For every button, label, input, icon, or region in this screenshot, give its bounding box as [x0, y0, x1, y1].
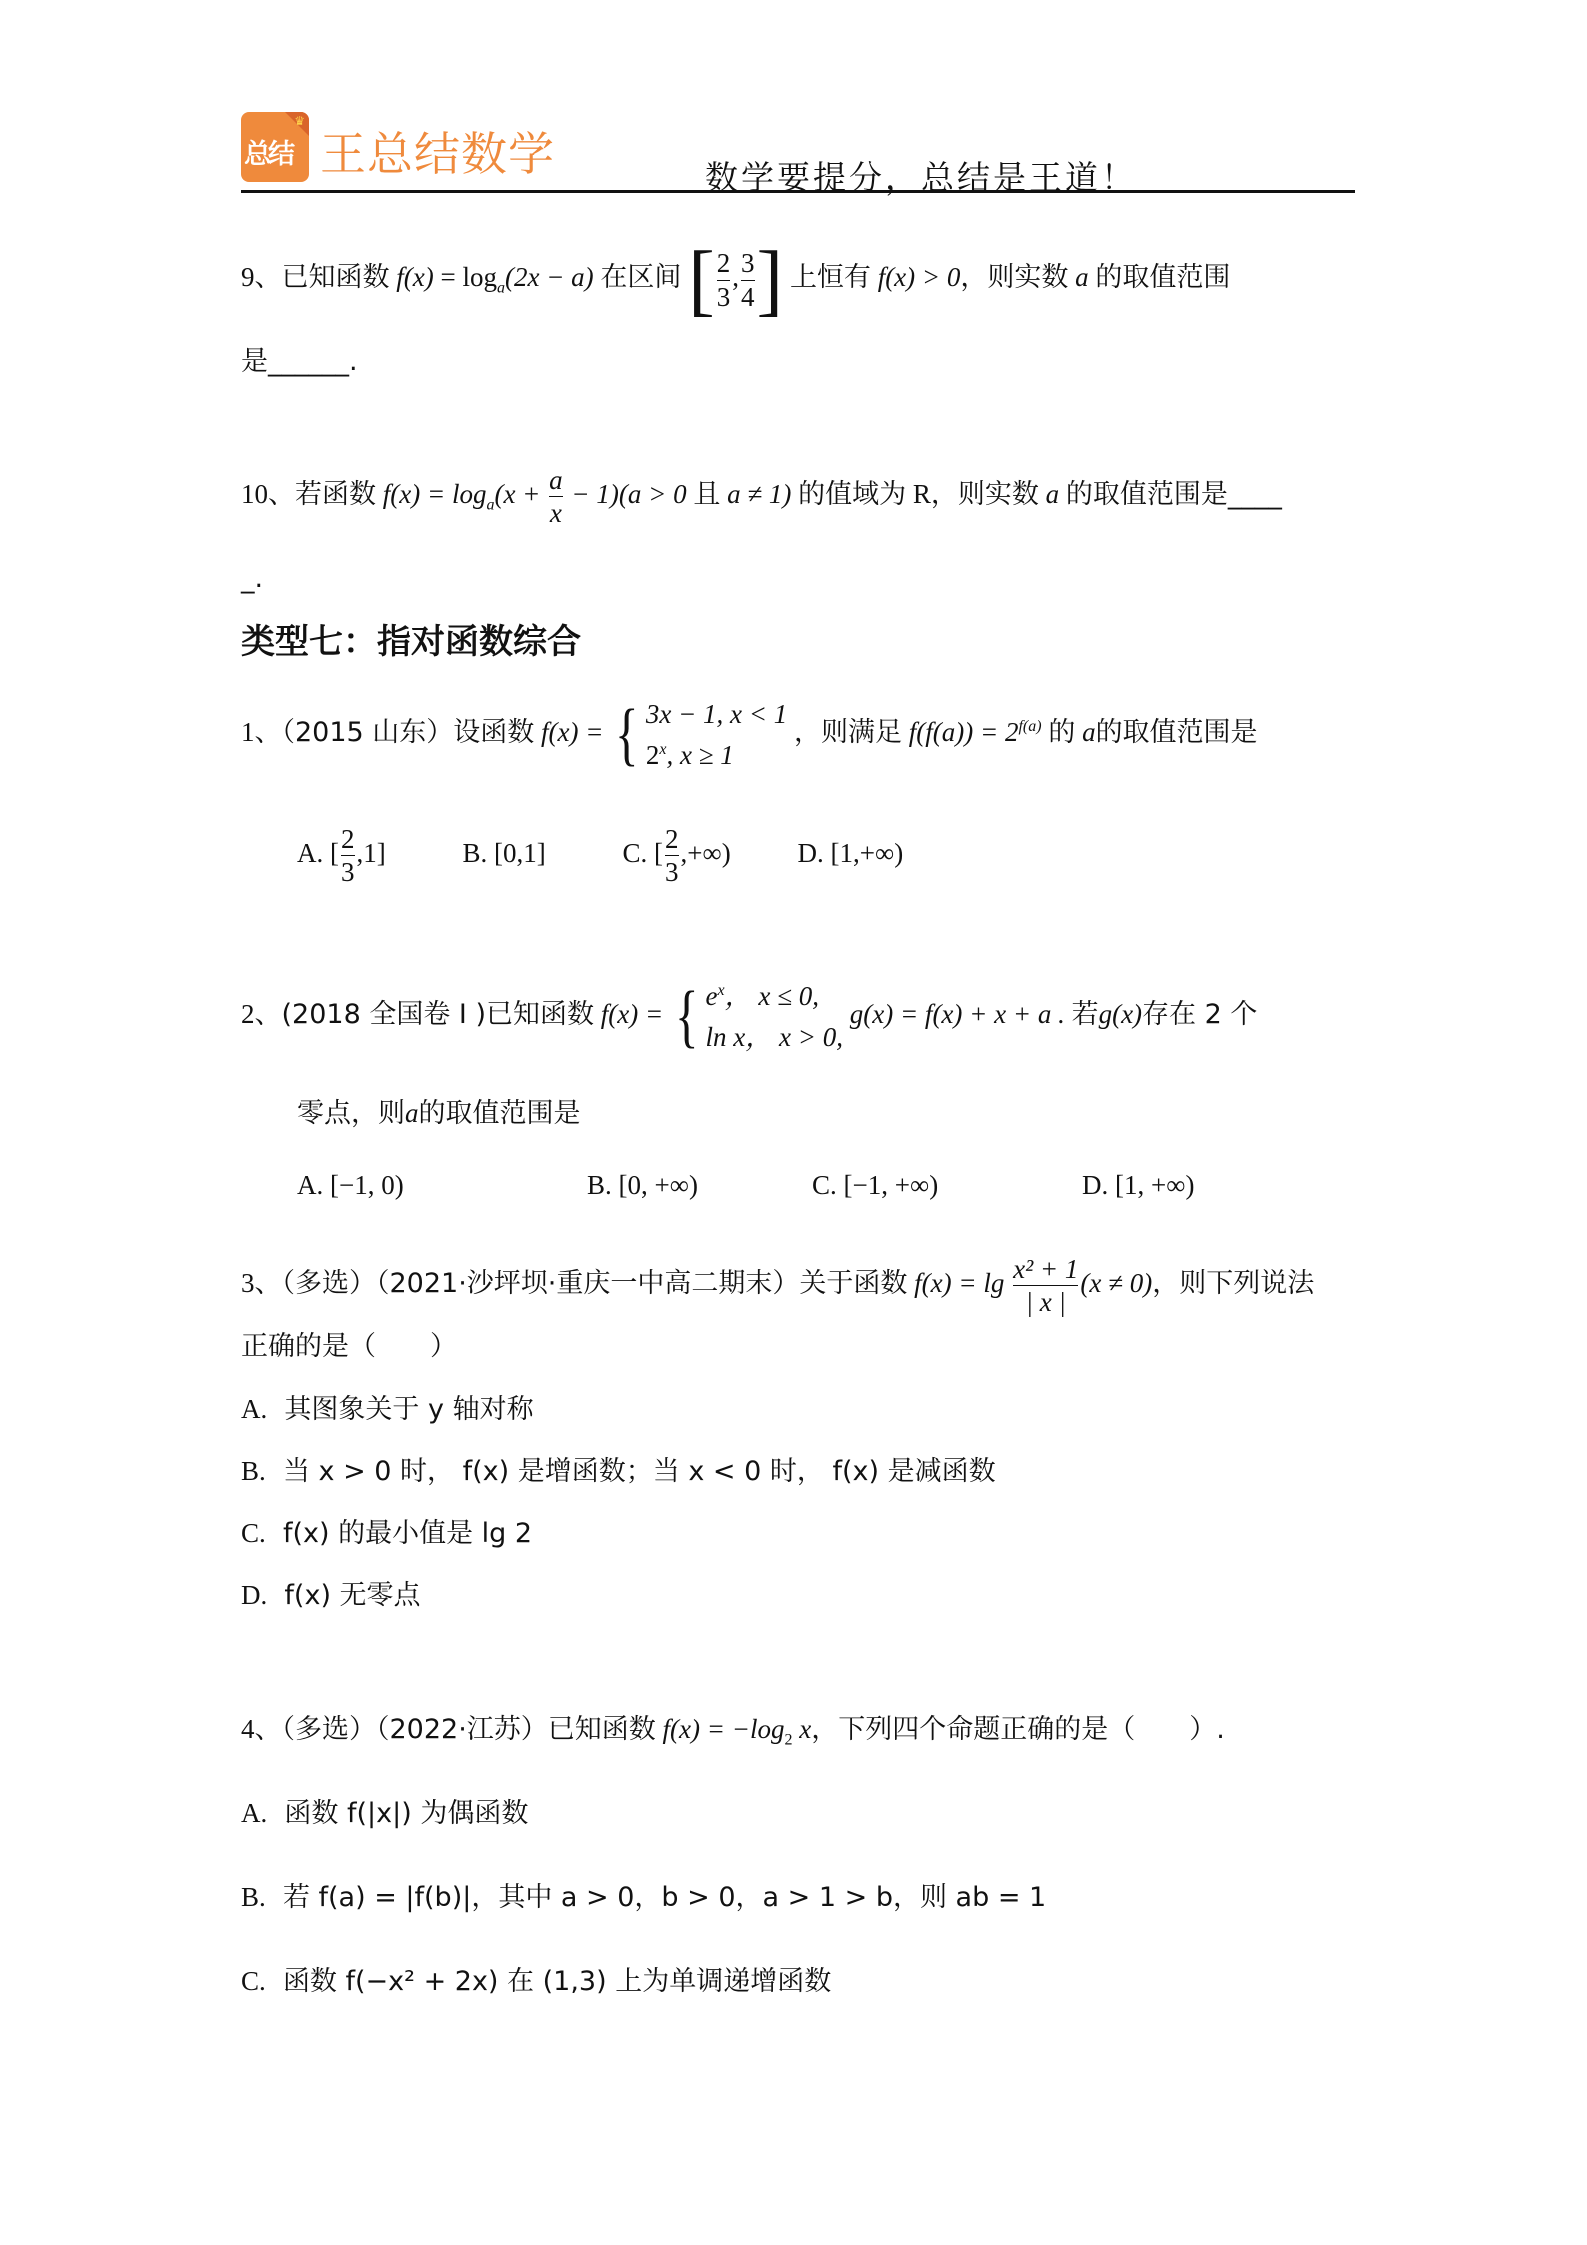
math: a [497, 280, 505, 297]
option-c[interactable]: C. [23,+∞) [623, 825, 731, 887]
brace: { [675, 982, 699, 1052]
text: 关于函数 [799, 1268, 907, 1299]
math: (x + [494, 479, 540, 509]
option-a[interactable]: A. 其图象关于 y 轴对称 [241, 1396, 534, 1423]
math: [ [330, 838, 339, 868]
option-d[interactable]: D. [1,+∞) [797, 840, 903, 867]
question-number: 9、 [241, 262, 282, 292]
question-4: 4、（多选）（2022·江苏）已知函数 f(x) = −log2 x，下列四个命… [241, 1716, 1225, 1748]
crown-icon: ♛ [294, 114, 305, 129]
option-c[interactable]: C. [−1, +∞) [812, 1172, 1082, 1199]
question-number: 2、 [241, 999, 282, 1029]
math: f(x) = lg [914, 1268, 1004, 1298]
case-1: ex， x ≤ 0, [706, 983, 843, 1010]
piecewise-function: { ex， x ≤ 0, ln x， x > 0, [670, 982, 843, 1052]
math: ， x ≤ 0, [725, 981, 819, 1011]
math: = log [434, 262, 497, 292]
denominator: 3 [341, 858, 355, 886]
numerator: 3 [741, 249, 755, 277]
logo-text: 总结 [244, 132, 292, 171]
math: [1,+∞) [830, 838, 903, 868]
denominator: x [550, 499, 562, 527]
case-1: 3x − 1, x < 1 [646, 701, 787, 728]
question-9-line2: 是______. [241, 348, 358, 375]
math: [−1, +∞) [844, 1170, 939, 1200]
question-2: 2、(2018 全国卷 I )已知函数 f(x) = { ex， x ≤ 0, … [241, 982, 1257, 1052]
question-1-options: A. [23,1] B. [0,1] C. [23,+∞) D. [1,+∞) [297, 825, 903, 887]
math: a ≠ 1) [727, 479, 791, 509]
math: , x ≥ 1 [666, 740, 733, 770]
math: [1, +∞) [1115, 1170, 1194, 1200]
math: f(x) = [601, 999, 663, 1029]
option-label: B. [463, 838, 488, 868]
question-number: 4、 [241, 1714, 282, 1744]
numerator: x² + 1 [1013, 1255, 1078, 1283]
math: [−1, 0) [330, 1170, 404, 1200]
fraction: x² + 1| x | [1013, 1255, 1078, 1317]
option-a[interactable]: A. 函数 f(|x|) 为偶函数 [241, 1800, 528, 1827]
option-label: A. [241, 1798, 267, 1828]
text: 零点，则 [297, 1098, 405, 1129]
multi-select-tag: （多选） [282, 1268, 377, 1299]
math: x [718, 982, 725, 999]
multi-select-tag: （多选） [282, 1714, 377, 1745]
fraction: ax [549, 466, 563, 528]
question-10: 10、若函数 f(x) = loga(x + ax − 1)(a > 0 且 a… [241, 466, 1282, 528]
option-c[interactable]: C. 函数 f(−x² + 2x) 在 (1,3) 上为单调递增函数 [241, 1968, 831, 1995]
case-2: 2x, x ≥ 1 [646, 742, 787, 769]
option-label: C. [241, 1518, 266, 1548]
option-label: A. [297, 838, 323, 868]
text: 在区间 [600, 262, 681, 293]
option-label: B. [587, 1170, 612, 1200]
fraction: 23 [341, 825, 355, 887]
text: ，则实数 [960, 262, 1068, 293]
math: f(f(a)) = 2 [909, 717, 1019, 747]
question-9: 9、已知函数 f(x) = loga(2x − a) 在区间 [23,34] 上… [241, 240, 1230, 320]
text: 的值域为 [798, 479, 906, 510]
math: (x ≠ 0) [1080, 1268, 1152, 1298]
text: 若函数 [295, 479, 376, 510]
text: 若 [1072, 999, 1099, 1030]
math: g(x) = f(x) + x + a . [850, 999, 1065, 1029]
option-label: A. [241, 1394, 267, 1424]
numerator: a [549, 466, 563, 494]
math: 2 [646, 740, 660, 770]
question-number: 1、 [241, 717, 282, 747]
denominator: 3 [717, 283, 731, 311]
fraction: 23 [717, 249, 731, 311]
math: f(a) [1018, 718, 1041, 735]
numerator: 2 [665, 825, 679, 853]
text: 的取值范围 [1095, 262, 1230, 293]
math: a [1082, 717, 1096, 747]
section-title: 类型七：指对函数综合 [241, 625, 581, 659]
text: ，则满足 [794, 717, 902, 748]
question-1: 1、（2015 山东）设函数 f(x) = { 3x − 1, x < 1 2x… [241, 700, 1258, 770]
math: (x) [404, 262, 434, 292]
option-b[interactable]: B. 当 x > 0 时， f(x) 是增函数；当 x < 0 时， f(x) … [241, 1458, 996, 1485]
option-label: D. [1082, 1170, 1108, 1200]
option-b[interactable]: B. [0,1] [463, 840, 546, 867]
math: [0,1] [494, 838, 546, 868]
math: ,1] [357, 838, 386, 868]
math: f(x) > 0 [878, 262, 961, 292]
text: 的取值范围是 [419, 1098, 581, 1129]
option-text: 当 x > 0 时， f(x) 是增函数；当 x < 0 时， f(x) 是减函… [283, 1456, 996, 1487]
fraction: 23 [665, 825, 679, 887]
text: 且 [693, 479, 720, 510]
math: (2x − a) [505, 262, 594, 292]
math: g(x) [1099, 999, 1142, 1029]
question-3-line2: 正确的是（ ） [241, 1333, 457, 1360]
option-c[interactable]: C. f(x) 的最小值是 lg 2 [241, 1520, 532, 1547]
option-label: D. [241, 1580, 267, 1610]
math: a [405, 1098, 419, 1128]
math: R [913, 479, 931, 509]
question-number: 3、 [241, 1268, 282, 1298]
option-a[interactable]: A. [−1, 0) [297, 1172, 587, 1199]
option-text: 函数 f(|x|) 为偶函数 [284, 1798, 528, 1829]
logo: ♛ 总结 [241, 112, 309, 182]
brace: { [615, 700, 639, 770]
math: f(x) = −log [663, 1714, 785, 1744]
question-10-line2: _. [241, 565, 263, 592]
option-a[interactable]: A. [23,1] [297, 825, 386, 887]
interval: [23,34] [688, 240, 783, 320]
denominator: 3 [665, 858, 679, 886]
option-label: B. [241, 1882, 266, 1912]
source: （2021·沙坪坝·重庆一中高二期末） [376, 1268, 799, 1299]
option-text: 其图象关于 y 轴对称 [284, 1394, 533, 1425]
text: 已知函数 [548, 1714, 656, 1745]
source: （2022·江苏） [376, 1714, 548, 1745]
text: 的取值范围是 [1096, 717, 1258, 748]
math: a [1046, 479, 1060, 509]
option-text: f(x) 无零点 [284, 1580, 420, 1611]
option-d[interactable]: D. f(x) 无零点 [241, 1582, 421, 1609]
case-2: ln x， x > 0, [706, 1024, 843, 1051]
option-d[interactable]: D. [1, +∞) [1082, 1172, 1194, 1199]
text: ，则实数 [931, 479, 1039, 510]
text: 的取值范围是____ [1066, 479, 1282, 510]
header-divider [241, 190, 1355, 193]
option-label: D. [797, 838, 823, 868]
text: 设函数 [453, 717, 534, 748]
text: 已知函数 [486, 999, 594, 1030]
brand-name: 王总结数学 [320, 118, 555, 184]
math: a [1075, 262, 1089, 292]
question-3: 3、（多选）（2021·沙坪坝·重庆一中高二期末）关于函数 f(x) = lg … [241, 1255, 1314, 1317]
option-label: C. [812, 1170, 837, 1200]
numerator: 2 [341, 825, 355, 853]
text: 的 [1048, 717, 1075, 748]
text: ，则下列说法 [1152, 1268, 1314, 1299]
option-text: f(x) 的最小值是 lg 2 [283, 1518, 532, 1549]
math: [ [654, 838, 663, 868]
question-2-line2: 零点，则a的取值范围是 [297, 1100, 581, 1127]
math: f(x) = [541, 717, 603, 747]
option-text: 若 f(a) = |f(b)|，其中 a > 0，b > 0，a > 1 > b… [283, 1882, 1046, 1913]
text: 已知函数 [282, 262, 390, 293]
math: f(x) = log [383, 479, 487, 509]
option-label: C. [623, 838, 648, 868]
question-number: 10、 [241, 479, 295, 509]
option-text: 函数 f(−x² + 2x) 在 (1,3) 上为单调递增函数 [283, 1966, 831, 1997]
numerator: 2 [717, 249, 731, 277]
fraction: 34 [741, 249, 755, 311]
math: ,+∞) [681, 838, 731, 868]
math: f [396, 262, 404, 292]
option-b[interactable]: B. 若 f(a) = |f(b)|，其中 a > 0，b > 0，a > 1 … [241, 1884, 1046, 1911]
piecewise-function: { 3x − 1, x < 1 2x, x ≥ 1 [610, 700, 787, 770]
text: 上恒有 [790, 262, 871, 293]
math: [0, +∞) [619, 1170, 698, 1200]
question-2-options: A. [−1, 0)B. [0, +∞)C. [−1, +∞)D. [1, +∞… [297, 1172, 1194, 1199]
math: e [706, 981, 718, 1011]
source: (2018 全国卷 I ) [282, 999, 487, 1030]
source: （2015 山东） [282, 717, 454, 748]
text: 存在 2 个 [1142, 999, 1257, 1030]
option-b[interactable]: B. [0, +∞) [587, 1172, 812, 1199]
option-label: C. [241, 1966, 266, 1996]
math: x [792, 1714, 811, 1744]
text: ，下列四个命题正确的是（ ）. [811, 1714, 1225, 1745]
denominator: 4 [741, 283, 755, 311]
denominator: | x | [1026, 1288, 1066, 1316]
option-label: B. [241, 1456, 266, 1486]
option-label: A. [297, 1170, 323, 1200]
math: − 1)(a > 0 [571, 479, 686, 509]
